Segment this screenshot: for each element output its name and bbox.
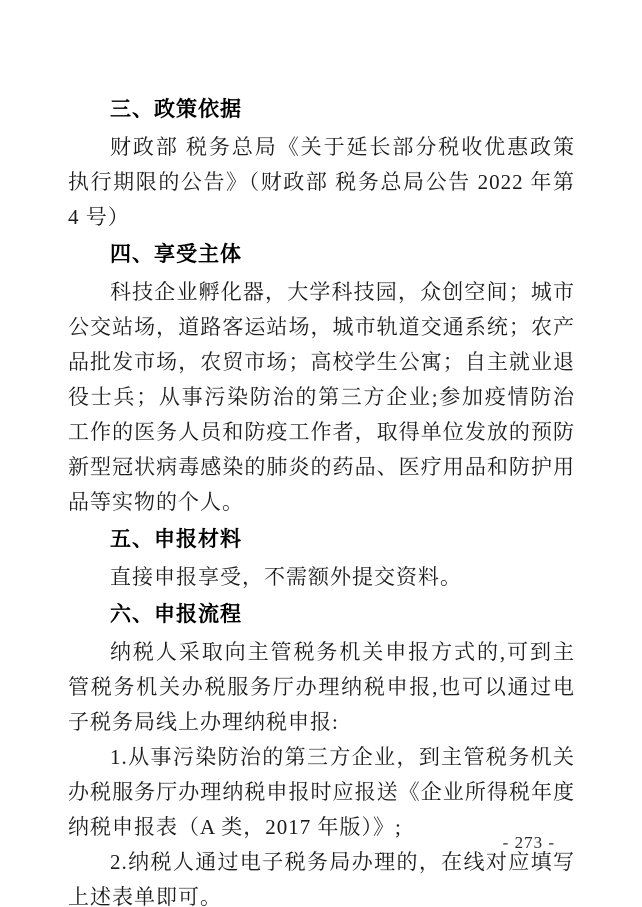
document-body: 三、政策依据 财政部 税务总局《关于延长部分税收优惠政策执行期限的公告》（财政部… — [68, 90, 575, 907]
section-heading-policy-basis: 三、政策依据 — [68, 92, 575, 127]
section-heading-filing-materials: 五、申报材料 — [68, 522, 575, 557]
document-page: 三、政策依据 财政部 税务总局《关于延长部分税收优惠政策执行期限的公告》（财政部… — [0, 0, 642, 907]
page-number: - 273 - — [503, 833, 555, 853]
paragraph-policy-basis: 财政部 税务总局《关于延长部分税收优惠政策执行期限的公告》（财政部 税务总局公告… — [68, 130, 575, 235]
paragraph-filing-process-step2: 2.纳税人通过电子税务局办理的，在线对应填写上述表单即可。 — [68, 845, 575, 907]
section-heading-eligible-entities: 四、享受主体 — [68, 237, 575, 272]
paragraph-filing-process-step1: 1.从事污染防治的第三方企业，到主管税务机关办税服务厅办理纳税申报时应报送《企业… — [68, 740, 575, 845]
paragraph-filing-materials: 直接申报享受，不需额外提交资料。 — [68, 560, 575, 595]
paragraph-eligible-entities: 科技企业孵化器，大学科技园，众创空间；城市公交站场，道路客运站场，城市轨道交通系… — [68, 275, 575, 520]
paragraph-filing-process-intro: 纳税人采取向主管税务机关申报方式的,可到主管税务机关办税服务厅办理纳税申报,也可… — [68, 635, 575, 740]
section-heading-filing-process: 六、申报流程 — [68, 597, 575, 632]
